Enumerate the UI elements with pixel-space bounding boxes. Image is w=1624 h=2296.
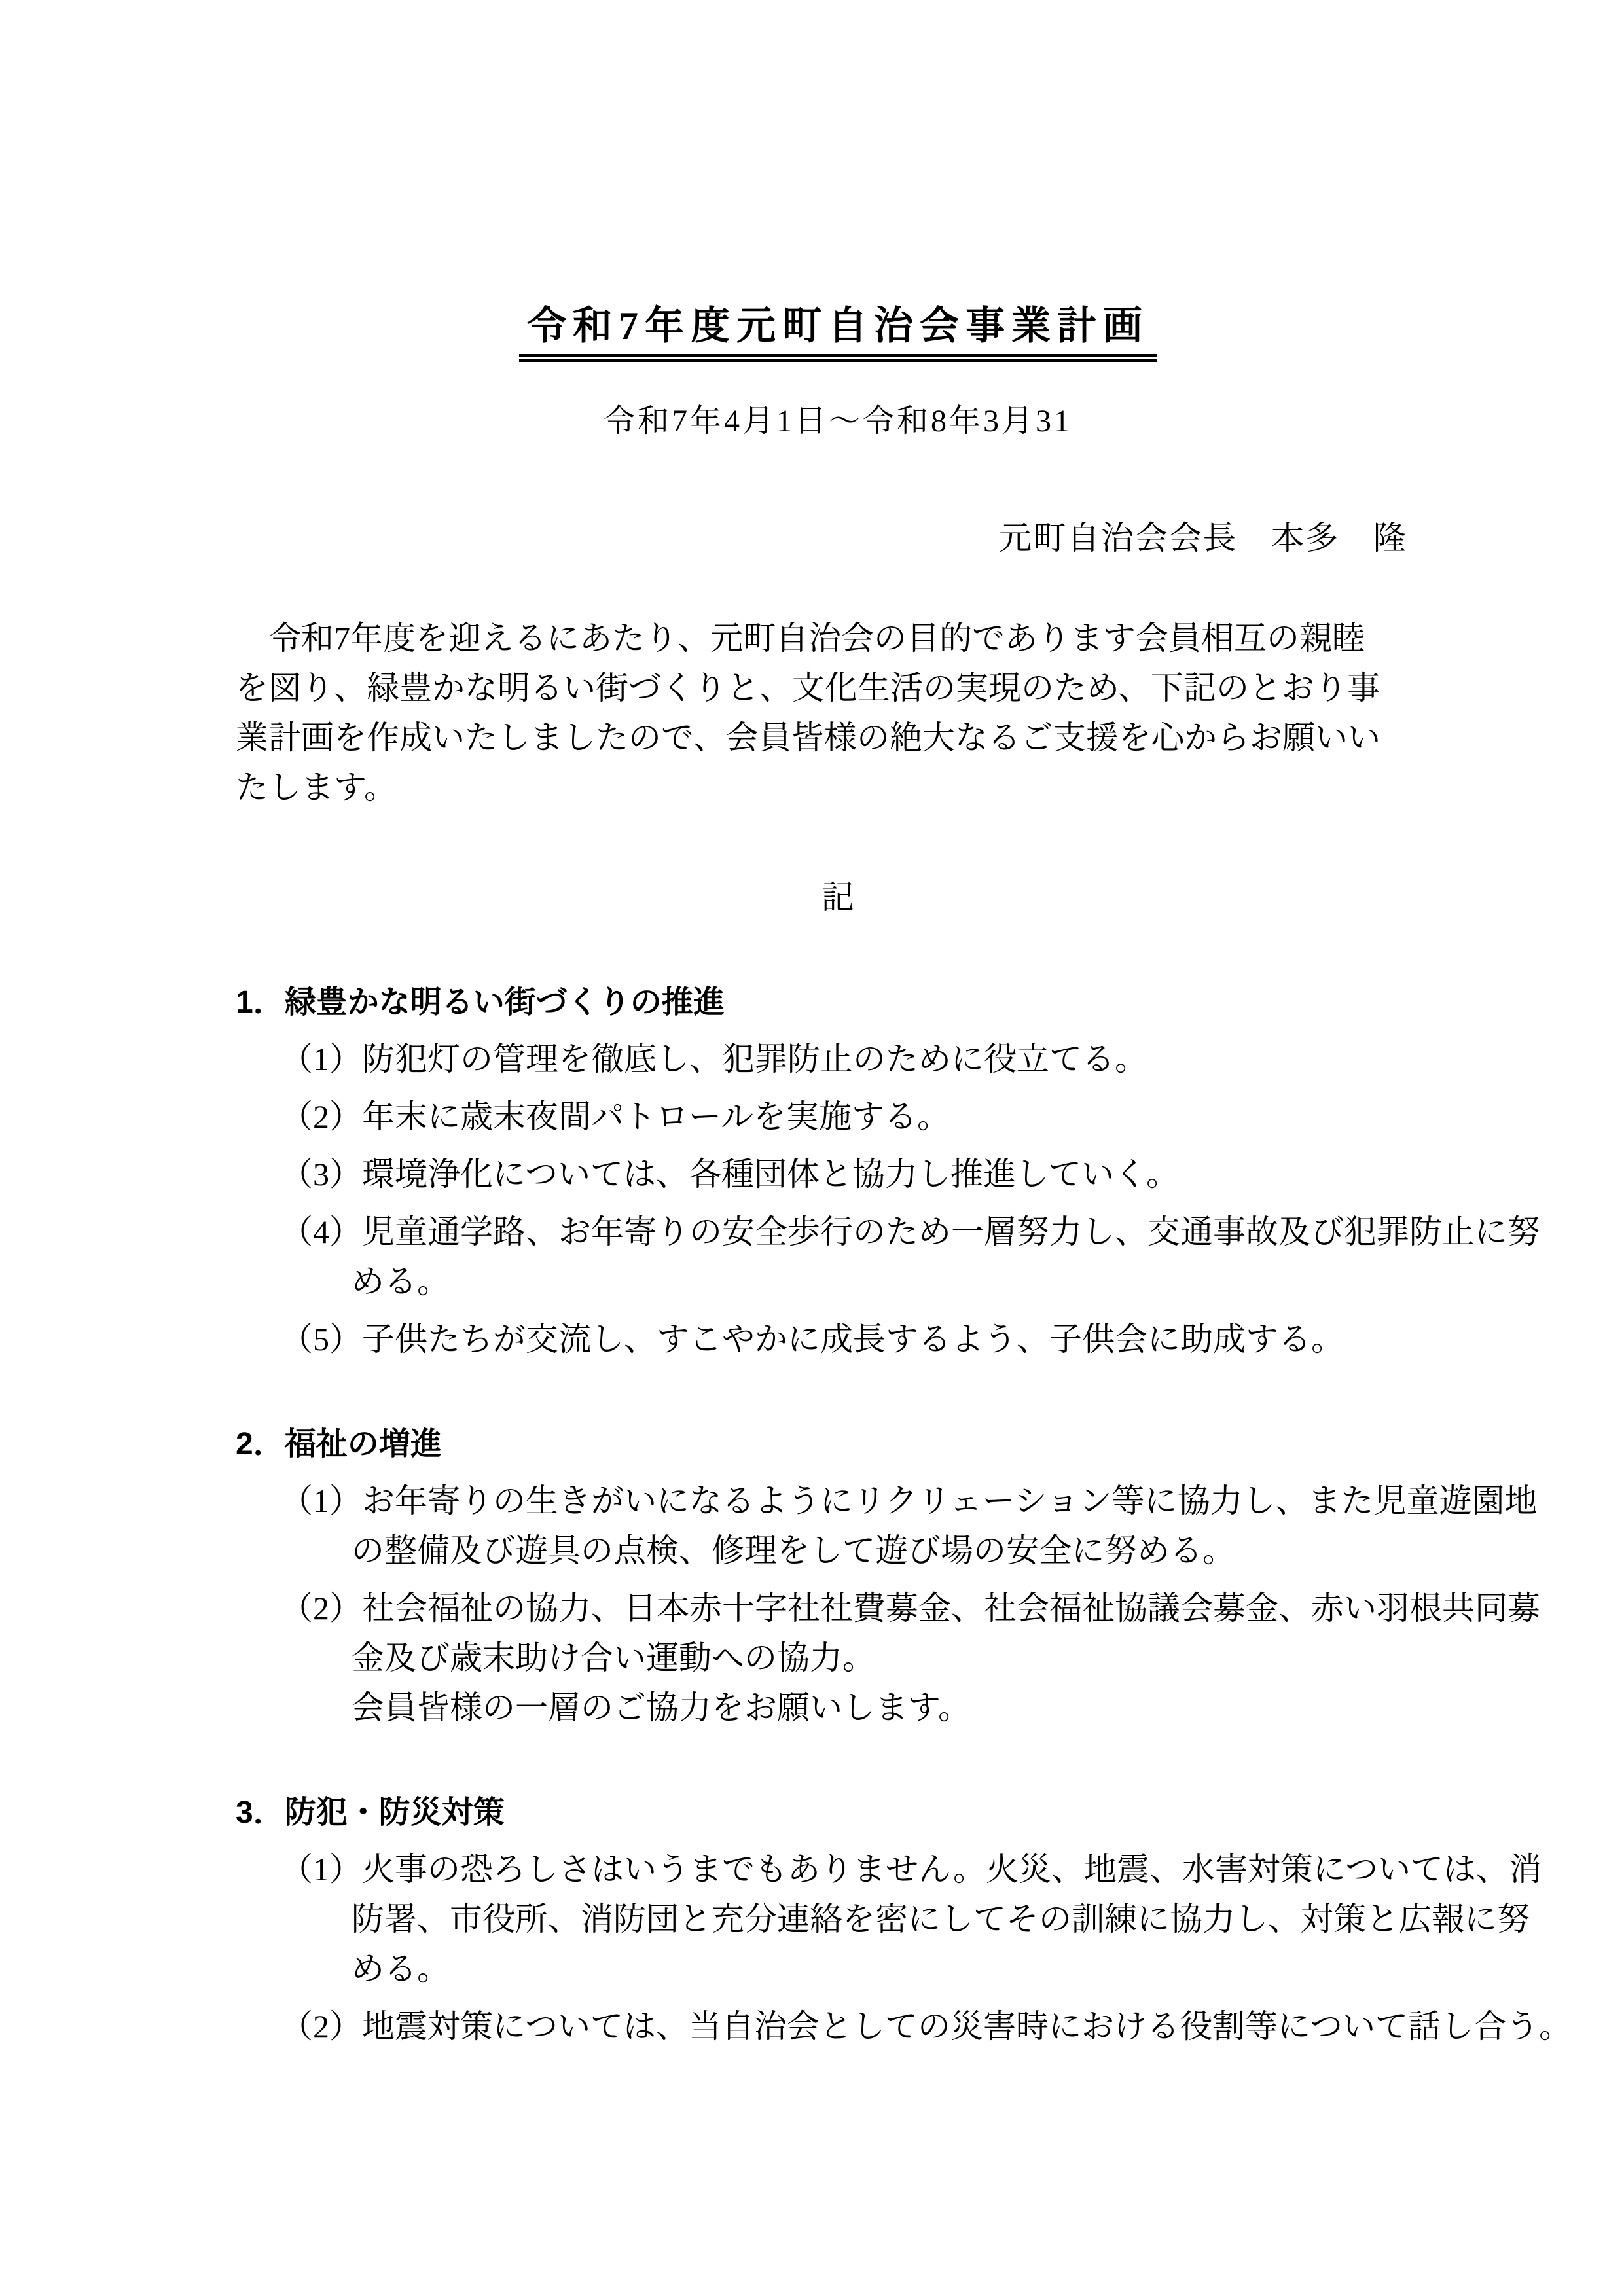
list-item-line: 防署、市役所、消防団と充分連絡を密にしてその訓練に協力し、対策と広報に努	[236, 1894, 1440, 1944]
list-item: （1）防犯灯の管理を徹底し、犯罪防止のために役立てる。	[236, 1034, 1440, 1084]
list-item-line: （2）地震対策については、当自治会としての災害時における役割等について話し合う。	[236, 2001, 1440, 2051]
intro-line: 業計画を作成いたしましたので、会員皆様の絶大なるご支援を心からお願いい	[236, 713, 1440, 762]
list-item-line: める。	[236, 1944, 1440, 1994]
document-author: 元町自治会会長 本多 隆	[236, 516, 1440, 560]
list-item-line: （1）火事の恐ろしさはいうまでもありません。火災、地震、水害対策については、消	[236, 1844, 1440, 1894]
list-item: （3）環境浄化については、各種団体と協力し推進していく。	[236, 1149, 1440, 1199]
document-period-subtitle: 令和7年4月1日～令和8年3月31	[236, 400, 1440, 443]
section-2: 2．福祉の増進 （1）お年寄りの生きがいになるようにリクリェーション等に協力し、…	[236, 1420, 1440, 1732]
section-3-heading: 3．防犯・防災対策	[236, 1788, 1440, 1838]
section-1-heading: 1．緑豊かな明るい街づくりの推進	[236, 978, 1440, 1028]
list-item-line: （5）子供たちが交流し、すこやかに成長するよう、子供会に助成する。	[236, 1314, 1440, 1364]
list-item-line: （1）防犯灯の管理を徹底し、犯罪防止のために役立てる。	[236, 1034, 1440, 1084]
section-2-heading: 2．福祉の増進	[236, 1420, 1440, 1469]
intro-paragraph: 令和7年度を迎えるにあたり、元町自治会の目的であります会員相互の親睦 を図り、緑…	[236, 613, 1440, 812]
intro-line: たします。	[236, 762, 1440, 812]
list-item-line: 会員皆様の一層のご協力をお願いします。	[236, 1683, 1440, 1732]
record-marker: 記	[236, 872, 1440, 922]
page-title-text: 令和7年度元町自治会事業計画	[519, 304, 1157, 362]
list-item-line: （4）児童通学路、お年寄りの安全歩行のため一層努力し、交通事故及び犯罪防止に努	[236, 1207, 1440, 1257]
list-item: （5）子供たちが交流し、すこやかに成長するよう、子供会に助成する。	[236, 1314, 1440, 1364]
list-item: （2）年末に歳末夜間パトロールを実施する。	[236, 1092, 1440, 1141]
list-item: （2）社会福祉の協力、日本赤十字社社費募金、社会福祉協議会募金、赤い羽根共同募 …	[236, 1583, 1440, 1732]
list-item-line: （2）年末に歳末夜間パトロールを実施する。	[236, 1092, 1440, 1141]
list-item: （2）地震対策については、当自治会としての災害時における役割等について話し合う。	[236, 2001, 1440, 2051]
intro-line: 令和7年度を迎えるにあたり、元町自治会の目的であります会員相互の親睦	[236, 613, 1440, 663]
list-item: （1）お年寄りの生きがいになるようにリクリェーション等に協力し、また児童遊園地 …	[236, 1476, 1440, 1575]
document-page: 令和7年度元町自治会事業計画 令和7年4月1日～令和8年3月31 元町自治会会長…	[0, 0, 1624, 2296]
list-item-line: の整備及び遊具の点検、修理をして遊び場の安全に努める。	[236, 1526, 1440, 1575]
list-item-line: める。	[236, 1257, 1440, 1306]
list-item-line: （2）社会福祉の協力、日本赤十字社社費募金、社会福祉協議会募金、赤い羽根共同募	[236, 1583, 1440, 1633]
section-3: 3．防犯・防災対策 （1）火事の恐ろしさはいうまでもありません。火災、地震、水害…	[236, 1788, 1440, 2051]
section-1: 1．緑豊かな明るい街づくりの推進 （1）防犯灯の管理を徹底し、犯罪防止のために役…	[236, 978, 1440, 1364]
list-item-line: （1）お年寄りの生きがいになるようにリクリェーション等に協力し、また児童遊園地	[236, 1476, 1440, 1526]
page-title: 令和7年度元町自治会事業計画	[236, 304, 1440, 362]
list-item-line: （3）環境浄化については、各種団体と協力し推進していく。	[236, 1149, 1440, 1199]
list-item-line: 金及び歳末助け合い運動への協力。	[236, 1633, 1440, 1683]
list-item: （1）火事の恐ろしさはいうまでもありません。火災、地震、水害対策については、消 …	[236, 1844, 1440, 1994]
intro-line: を図り、緑豊かな明るい街づくりと、文化生活の実現のため、下記のとおり事	[236, 663, 1440, 713]
list-item: （4）児童通学路、お年寄りの安全歩行のため一層努力し、交通事故及び犯罪防止に努 …	[236, 1207, 1440, 1306]
